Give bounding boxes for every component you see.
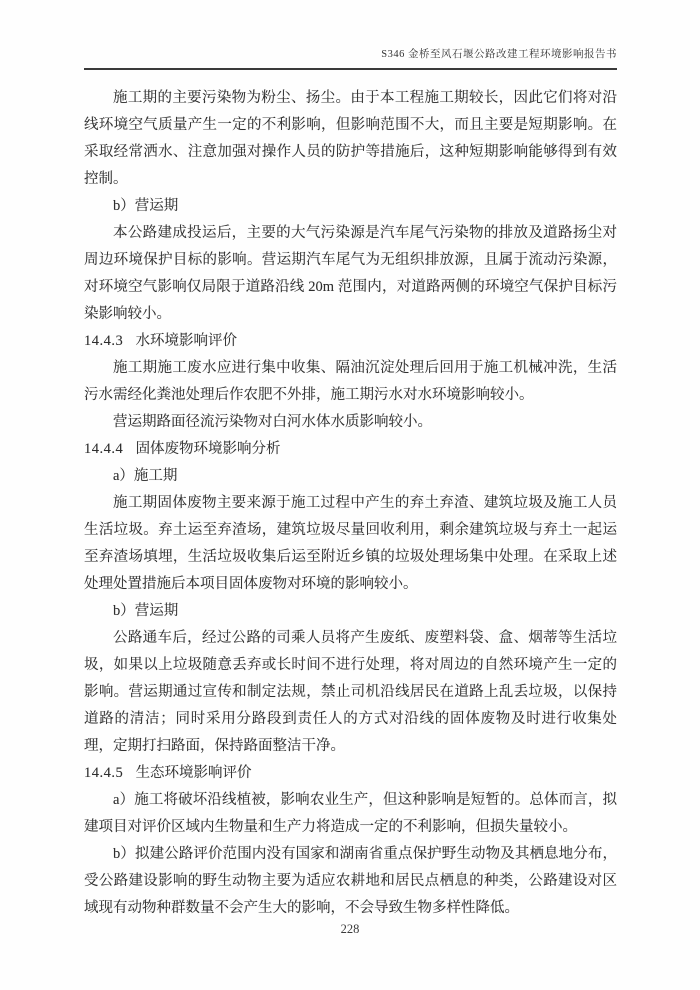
section-title: 固体废物环境影响分析 (136, 441, 281, 457)
page-number: 228 (341, 922, 360, 936)
page-header: S346 金桥至风石堰公路改建工程环境影响报告书 (84, 46, 617, 70)
paragraph: 营运期路面径流污染物对白河水体水质影响较小。 (84, 409, 617, 436)
section-heading-14-4-3: 14.4.3水环境影响评价 (84, 328, 617, 355)
document-page: S346 金桥至风石堰公路改建工程环境影响报告书 施工期的主要污染物为粉尘、扬尘… (0, 0, 700, 990)
section-number: 14.4.5 (84, 765, 123, 781)
section-title: 水环境影响评价 (136, 333, 238, 349)
paragraph: b）拟建公路评价范围内没有国家和湖南省重点保护野生动物及其栖息地分布，受公路建设… (84, 841, 617, 922)
paragraph: 施工期固体废物主要来源于施工过程中产生的弃土弃渣、建筑垃圾及施工人员生活垃圾。弃… (84, 490, 617, 598)
report-title: S346 金桥至风石堰公路改建工程环境影响报告书 (381, 49, 617, 60)
paragraph: 公路通车后，经过公路的司乘人员将产生废纸、废塑料袋、盒、烟蒂等生活垃圾，如果以上… (84, 625, 617, 760)
section-number: 14.4.4 (84, 441, 123, 457)
list-item-b-operation-period: b）营运期 (84, 598, 617, 625)
section-number: 14.4.3 (84, 333, 123, 349)
section-heading-14-4-5: 14.4.5生态环境影响评价 (84, 760, 617, 787)
paragraph: a）施工将破坏沿线植被，影响农业生产，但这种影响是短暂的。总体而言，拟建项目对评… (84, 787, 617, 841)
list-item-b-operation-period: b）营运期 (84, 193, 617, 220)
list-item-a-construction-period: a）施工期 (84, 463, 617, 490)
paragraph: 施工期的主要污染物为粉尘、扬尘。由于本工程施工期较长，因此它们将对沿线环境空气质… (84, 85, 617, 193)
paragraph: 本公路建成投运后，主要的大气污染源是汽车尾气污染物的排放及道路扬尘对周边环境保护… (84, 220, 617, 328)
page-footer: 228 (0, 922, 700, 937)
section-heading-14-4-4: 14.4.4固体废物环境影响分析 (84, 436, 617, 463)
paragraph: 施工期施工废水应进行集中收集、隔油沉淀处理后回用于施工机械冲洗，生活污水需经化粪… (84, 355, 617, 409)
document-body: 施工期的主要污染物为粉尘、扬尘。由于本工程施工期较长，因此它们将对沿线环境空气质… (84, 85, 617, 922)
section-title: 生态环境影响评价 (136, 765, 252, 781)
